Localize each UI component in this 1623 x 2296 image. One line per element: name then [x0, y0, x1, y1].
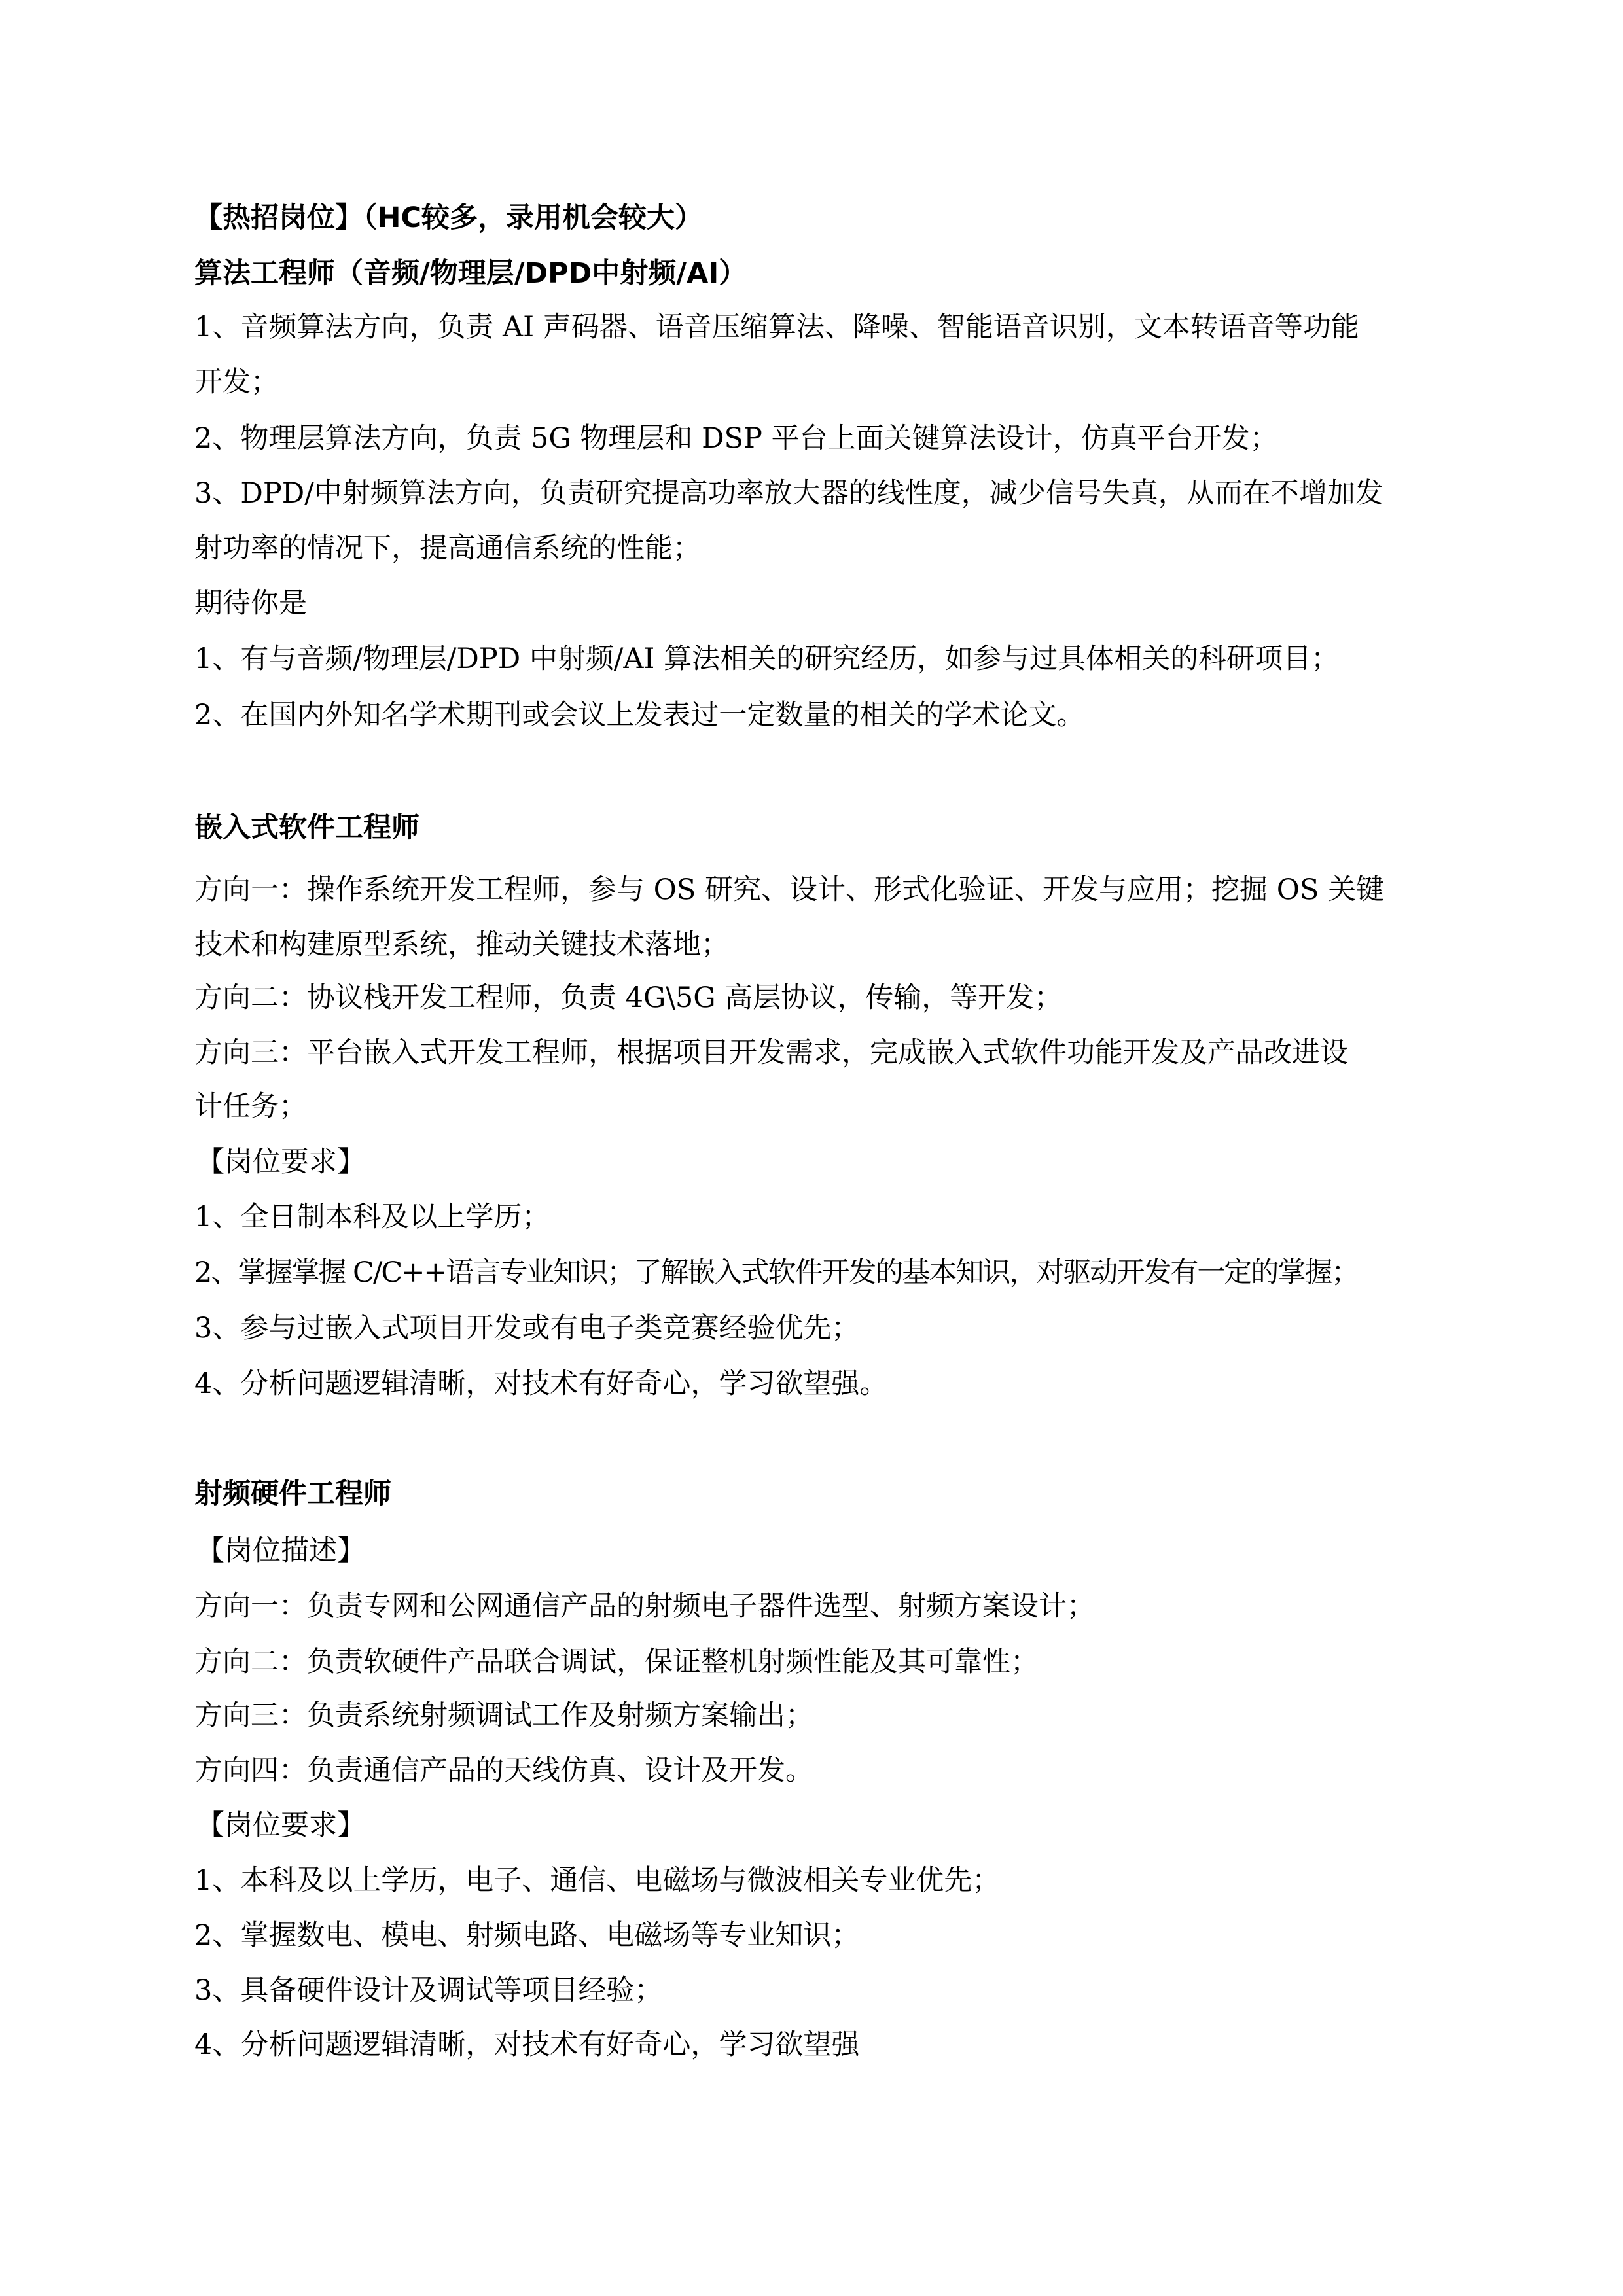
section-1-line: 2、在国内外知名学术期刊或会议上发表过一定数量的相关的学术论文。: [194, 696, 1438, 735]
section-3-line: 2、掌握数电、模电、射频电路、电磁场等专业知识；: [194, 1916, 1438, 1955]
section-2-requirements-heading: 【岗位要求】: [196, 1142, 1440, 1182]
document-page: 【热招岗位】（HC较多，录用机会较大） 算法工程师（音频/物理层/DPD中射频/…: [0, 0, 1623, 2296]
section-3-line: 方向三：负责系统射频调试工作及射频方案输出；: [194, 1696, 1438, 1735]
hot-jobs-title: 【热招岗位】（HC较多，录用机会较大）: [194, 198, 1438, 238]
section-1-line: 射功率的情况下，提高通信系统的性能；: [194, 529, 1438, 568]
section-1-line: 1、音频算法方向，负责 AI 声码器、语音压缩算法、降噪、智能语音识别，文本转语…: [194, 308, 1438, 347]
section-2-line: 2、掌握掌握 C/C++语言专业知识；了解嵌入式软件开发的基本知识，对驱动开发有…: [194, 1253, 1438, 1292]
section-3-line: 方向一：负责专网和公网通信产品的射频电子器件选型、射频方案设计；: [194, 1587, 1438, 1626]
section-3-description-heading: 【岗位描述】: [196, 1531, 1440, 1570]
section-title-rf-hardware-engineer: 射频硬件工程师: [194, 1474, 1438, 1513]
section-2-line: 3、参与过嵌入式项目开发或有电子类竞赛经验优先；: [194, 1309, 1438, 1348]
section-2-line: 方向三：平台嵌入式开发工程师，根据项目开发需求，完成嵌入式软件功能开发及产品改进…: [194, 1033, 1438, 1072]
section-2-line: 方向一：操作系统开发工程师，参与 OS 研究、设计、形式化验证、开发与应用；挖掘…: [194, 870, 1438, 910]
section-2-line: 1、全日制本科及以上学历；: [194, 1197, 1438, 1237]
section-1-line: 1、有与音频/物理层/DPD 中射频/AI 算法相关的研究经历，如参与过具体相关…: [194, 639, 1438, 679]
section-1-line: 3、DPD/中射频算法方向，负责研究提高功率放大器的线性度，减少信号失真，从而在…: [194, 474, 1438, 513]
section-title-algorithm-engineer: 算法工程师（音频/物理层/DPD中射频/AI）: [194, 254, 1438, 293]
section-2-line: 方向二：协议栈开发工程师，负责 4G\5G 高层协议，传输，等开发；: [194, 978, 1438, 1017]
section-3-line: 3、具备硬件设计及调试等项目经验；: [194, 1971, 1438, 2010]
section-1-subheading: 期待你是: [194, 584, 1438, 623]
section-2-line: 计任务；: [194, 1087, 1438, 1126]
section-3-line: 方向四：负责通信产品的天线仿真、设计及开发。: [194, 1751, 1438, 1790]
section-1-line: 2、物理层算法方向，负责 5G 物理层和 DSP 平台上面关键算法设计，仿真平台…: [194, 419, 1438, 458]
section-3-requirements-heading: 【岗位要求】: [196, 1806, 1440, 1845]
section-2-line: 4、分析问题逻辑清晰，对技术有好奇心，学习欲望强。: [194, 1364, 1438, 1404]
section-title-embedded-software-engineer: 嵌入式软件工程师: [194, 808, 1438, 847]
section-2-line: 技术和构建原型系统，推动关键技术落地；: [194, 925, 1438, 964]
section-3-line: 方向二：负责软硬件产品联合调试，保证整机射频性能及其可靠性；: [194, 1642, 1438, 1682]
section-3-line: 1、本科及以上学历，电子、通信、电磁场与微波相关专业优先；: [194, 1861, 1438, 1900]
section-1-line: 开发；: [194, 362, 1438, 402]
section-3-line: 4、分析问题逻辑清晰，对技术有好奇心，学习欲望强: [194, 2025, 1438, 2064]
